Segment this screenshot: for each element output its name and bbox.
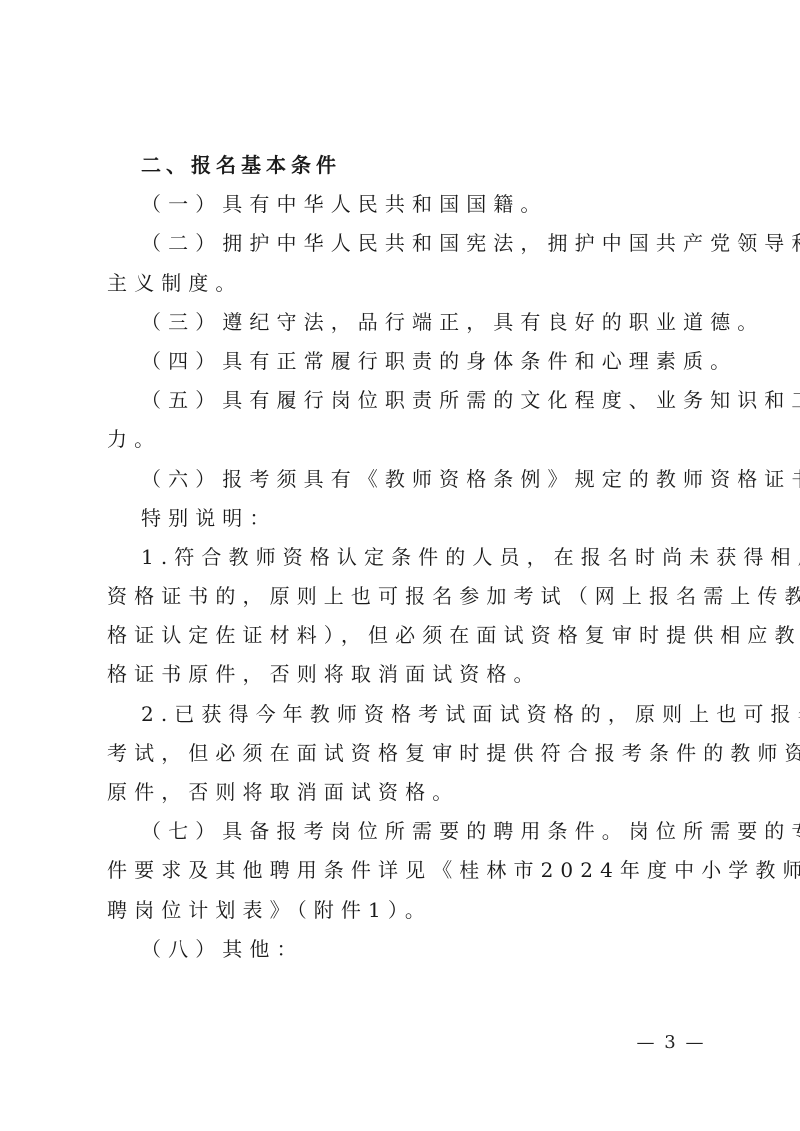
paragraph-6-line-1: （六）报考须具有《教师资格条例》规定的教师资格证书。 xyxy=(107,460,715,499)
note-2-line-2: 考试，但必须在面试资格复审时提供符合报考条件的教师资格证 xyxy=(107,734,715,773)
paragraph-4-line-1: （四）具有正常履行职责的身体条件和心理素质。 xyxy=(107,342,715,381)
section-heading: 二、报名基本条件 xyxy=(107,146,715,185)
page-number: — 3 — xyxy=(626,1032,716,1053)
paragraph-1-line-1: （一）具有中华人民共和国国籍。 xyxy=(107,185,715,224)
paragraph-5-line-1: （五）具有履行岗位职责所需的文化程度、业务知识和工作能 xyxy=(107,381,715,420)
paragraph-8-line-1: （八）其他： xyxy=(107,930,715,969)
note-1-line-1: 1.符合教师资格认定条件的人员，在报名时尚未获得相应教师 xyxy=(107,538,715,577)
paragraph-7-line-1: （七）具备报考岗位所需要的聘用条件。岗位所需要的专业条 xyxy=(107,812,715,851)
paragraph-2-line-2: 主义制度。 xyxy=(107,264,715,303)
note-2-line-3: 原件，否则将取消面试资格。 xyxy=(107,773,715,812)
document-page: 二、报名基本条件 （一）具有中华人民共和国国籍。 （二）拥护中华人民共和国宪法，… xyxy=(0,0,800,1131)
note-1-line-3: 格证认定佐证材料），但必须在面试资格复审时提供相应教师资 xyxy=(107,616,715,655)
paragraph-2-line-1: （二）拥护中华人民共和国宪法，拥护中国共产党领导和社会 xyxy=(107,224,715,263)
note-2-line-1: 2.已获得今年教师资格考试面试资格的，原则上也可报名参加 xyxy=(107,695,715,734)
paragraph-7-line-3: 聘岗位计划表》（附件1）。 xyxy=(107,891,715,930)
paragraph-7-line-2: 件要求及其他聘用条件详见《桂林市2024年度中小学教师公开招 xyxy=(107,851,715,890)
paragraph-3-line-1: （三）遵纪守法，品行端正，具有良好的职业道德。 xyxy=(107,303,715,342)
paragraph-5-line-2: 力。 xyxy=(107,420,715,459)
note-1-line-4: 格证书原件，否则将取消面试资格。 xyxy=(107,655,715,694)
special-note-label: 特别说明： xyxy=(107,499,715,538)
note-1-line-2: 资格证书的，原则上也可报名参加考试（网上报名需上传教师资 xyxy=(107,577,715,616)
document-body: 二、报名基本条件 （一）具有中华人民共和国国籍。 （二）拥护中华人民共和国宪法，… xyxy=(107,146,715,969)
